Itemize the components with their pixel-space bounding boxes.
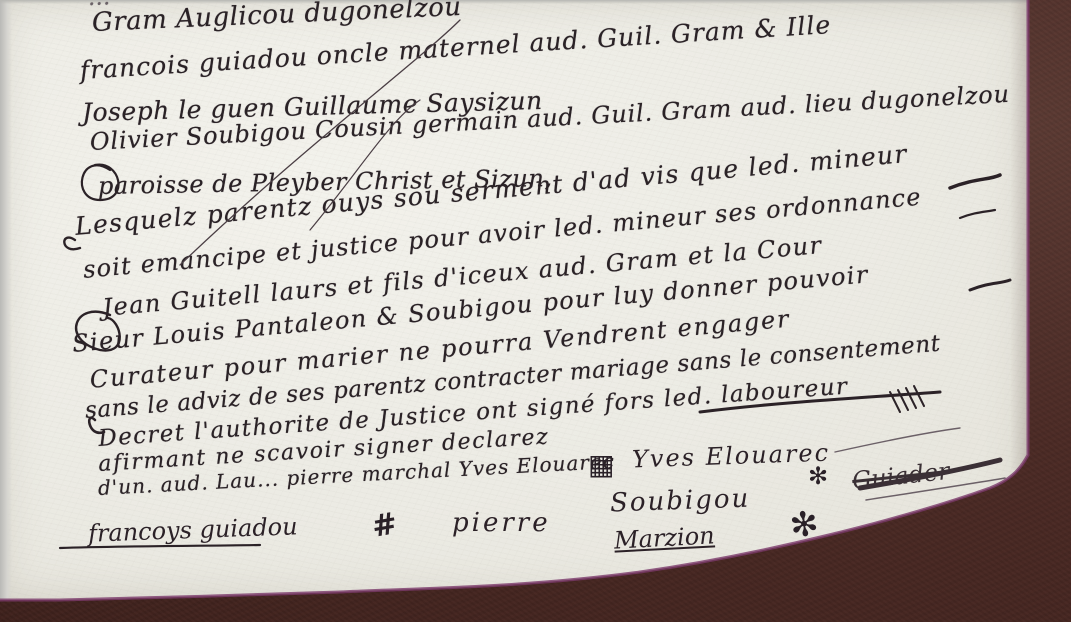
left-binding-strip [0, 0, 12, 600]
manuscript-photo: ... Gram Auglicou dugonelzou francois gu… [0, 0, 1071, 622]
manuscript-line-1: Gram Auglicou dugonelzou [91, 0, 462, 38]
signature-yves-elouarec: Yves Elouarec [632, 439, 831, 474]
knot-mark-icon: ✻ [787, 503, 821, 547]
paper-page: ... Gram Auglicou dugonelzou francois gu… [0, 0, 1028, 600]
signature-soubigou: Soubigou [610, 484, 751, 519]
signature-marzion: Marzion [613, 521, 715, 554]
star-mark-icon: ✻ [808, 462, 828, 490]
grid-mark-icon: ▦ [588, 448, 614, 481]
signature-francoys-guiadou: francoys guiadou [88, 512, 298, 547]
top-edge [0, 0, 1028, 4]
cross-hatch-mark-icon: # [369, 506, 400, 545]
right-edge-shadow [1010, 0, 1040, 470]
signature-pierre: pierre [452, 508, 551, 538]
signature-struck-through: Guiader [851, 457, 951, 495]
